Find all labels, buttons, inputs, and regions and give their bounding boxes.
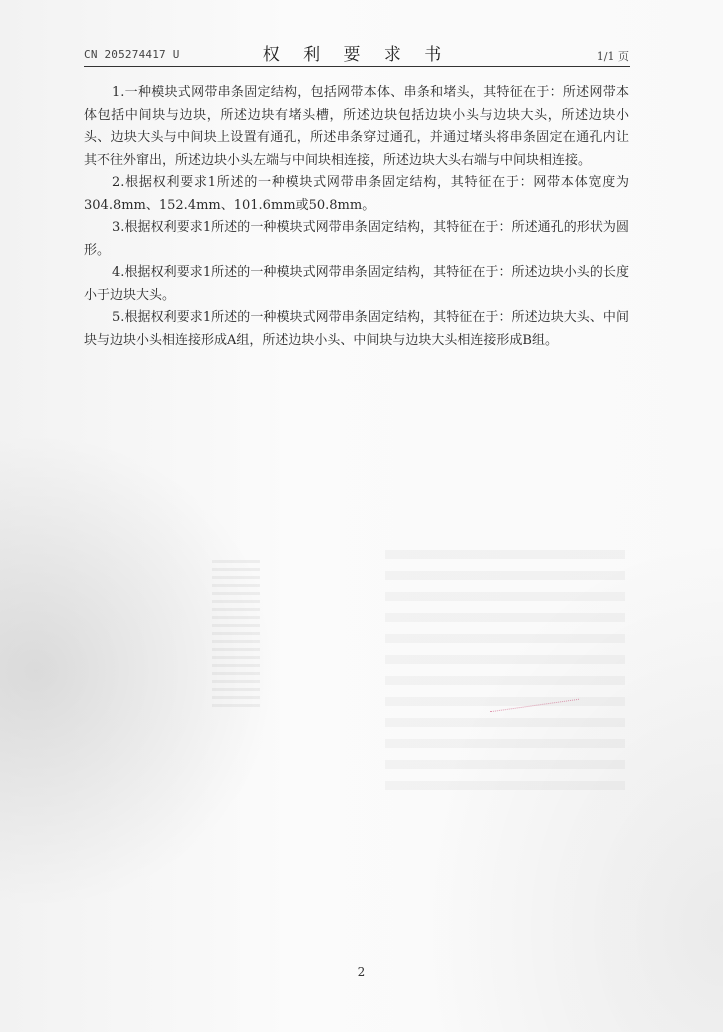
scanned-page: CN 205274417 U 权 利 要 求 书 1/1 页 1.一种模块式网带…	[0, 0, 723, 1032]
document-header: CN 205274417 U 权 利 要 求 书 1/1 页	[84, 40, 629, 62]
bleed-through-figure	[212, 560, 260, 710]
claims-list: 1.一种模块式网带串条固定结构，包括网带本体、串条和堵头，其特征在于：所述网带本…	[84, 82, 629, 352]
header-divider	[84, 66, 630, 67]
bleed-through-text	[385, 550, 625, 790]
claim-3: 3.根据权利要求1所述的一种模块式网带串条固定结构，其特征在于：所述通孔的形状为…	[84, 217, 629, 262]
page-number: 2	[0, 965, 723, 979]
page-indicator: 1/1 页	[597, 48, 629, 64]
document-title: 权 利 要 求 书	[84, 40, 629, 65]
claim-4: 4.根据权利要求1所述的一种模块式网带串条固定结构，其特征在于：所述边块小头的长…	[84, 262, 629, 307]
claim-5: 5.根据权利要求1所述的一种模块式网带串条固定结构，其特征在于：所述边块大头、中…	[84, 307, 629, 352]
claim-2: 2.根据权利要求1所述的一种模块式网带串条固定结构，其特征在于：网带本体宽度为3…	[84, 172, 629, 217]
claim-1: 1.一种模块式网带串条固定结构，包括网带本体、串条和堵头，其特征在于：所述网带本…	[84, 82, 629, 172]
